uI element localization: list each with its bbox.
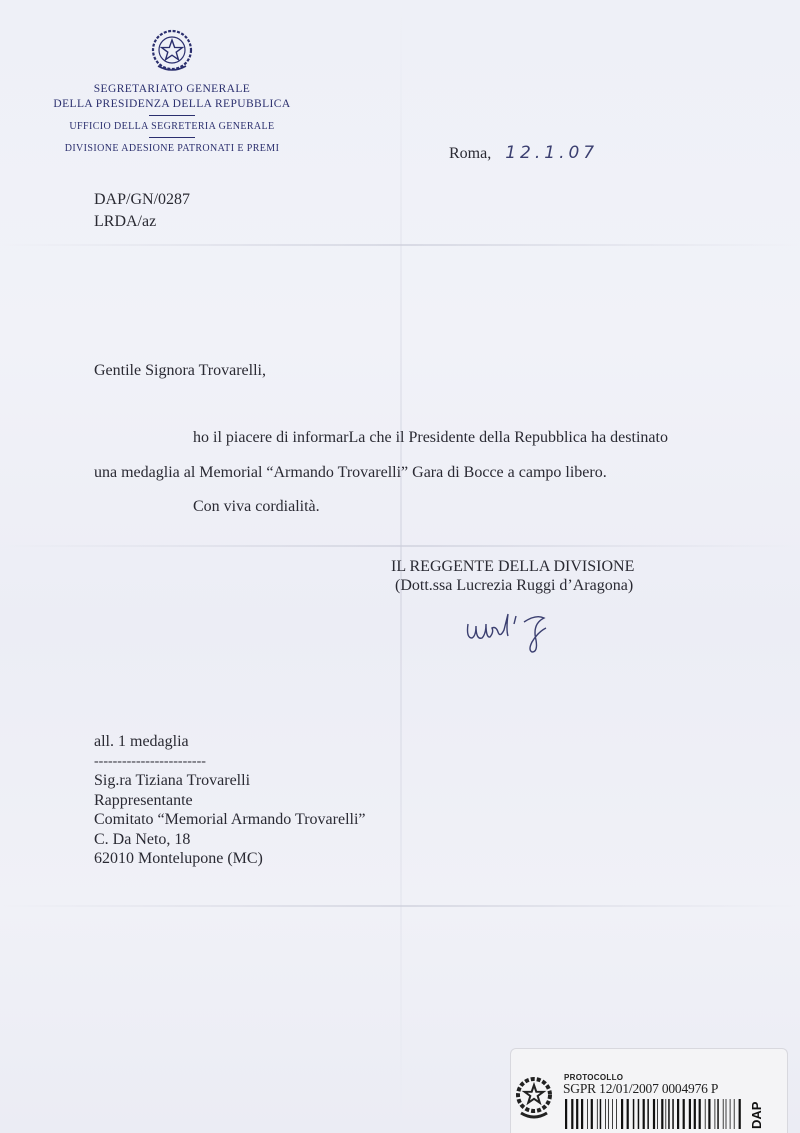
place: Roma, (449, 145, 491, 162)
greeting: Gentile Signora Trovarelli, (94, 362, 266, 380)
handwritten-date: 12.1.07 (505, 143, 598, 163)
italian-republic-emblem-icon (515, 1075, 553, 1121)
recipient-line: Comitato “Memorial Armando Trovarelli” (94, 810, 366, 830)
divider (149, 137, 195, 138)
protocol-number: DAP/GN/0287 (94, 189, 190, 211)
closing: Con viva cordialità. (193, 498, 320, 516)
barcode (565, 1099, 745, 1129)
recipient-line: Rappresentante (94, 791, 366, 811)
protocol-stamp: PROTOCOLLO SGPR 12/01/2007 0004976 P DAP (510, 1048, 788, 1133)
signatory-block: IL REGGENTE DELLA DIVISIONE (Dott.ssa Lu… (391, 557, 634, 595)
stamp-department: DAP (749, 1102, 764, 1129)
body-line: una medaglia al Memorial “Armando Trovar… (94, 464, 607, 482)
handwritten-signature (462, 610, 562, 655)
separator: ------------------------ (94, 752, 366, 772)
letterhead-line: DELLA PRESIDENZA DELLA REPUBBLICA (22, 97, 322, 112)
body-line: ho il piacere di informarLa che il Presi… (193, 429, 668, 447)
italian-republic-emblem-icon (150, 28, 194, 76)
recipient-line: Sig.ra Tiziana Trovarelli (94, 771, 366, 791)
divider (149, 115, 195, 116)
reference-block: DAP/GN/0287 LRDA/az (94, 189, 190, 233)
letterhead-line: DIVISIONE ADESIONE PATRONATI E PREMI (22, 141, 322, 156)
letterhead-line: UFFICIO DELLA SEGRETERIA GENERALE (22, 119, 322, 134)
attachment-note: all. 1 medaglia (94, 732, 366, 752)
letterhead-line: SEGRETARIATO GENERALE (22, 82, 322, 97)
recipient-line: 62010 Montelupone (MC) (94, 849, 366, 869)
letterhead: SEGRETARIATO GENERALE DELLA PRESIDENZA D… (22, 28, 322, 156)
signatory-name: (Dott.ssa Lucrezia Ruggi d’Aragona) (395, 576, 634, 595)
recipient-line: C. Da Neto, 18 (94, 830, 366, 850)
reference-initials: LRDA/az (94, 211, 190, 233)
enclosure-block: all. 1 medaglia ------------------------… (94, 732, 366, 869)
place-date: Roma, 12.1.07 (449, 143, 598, 163)
signatory-title: IL REGGENTE DELLA DIVISIONE (391, 557, 634, 576)
stamp-code: SGPR 12/01/2007 0004976 P (563, 1081, 718, 1097)
